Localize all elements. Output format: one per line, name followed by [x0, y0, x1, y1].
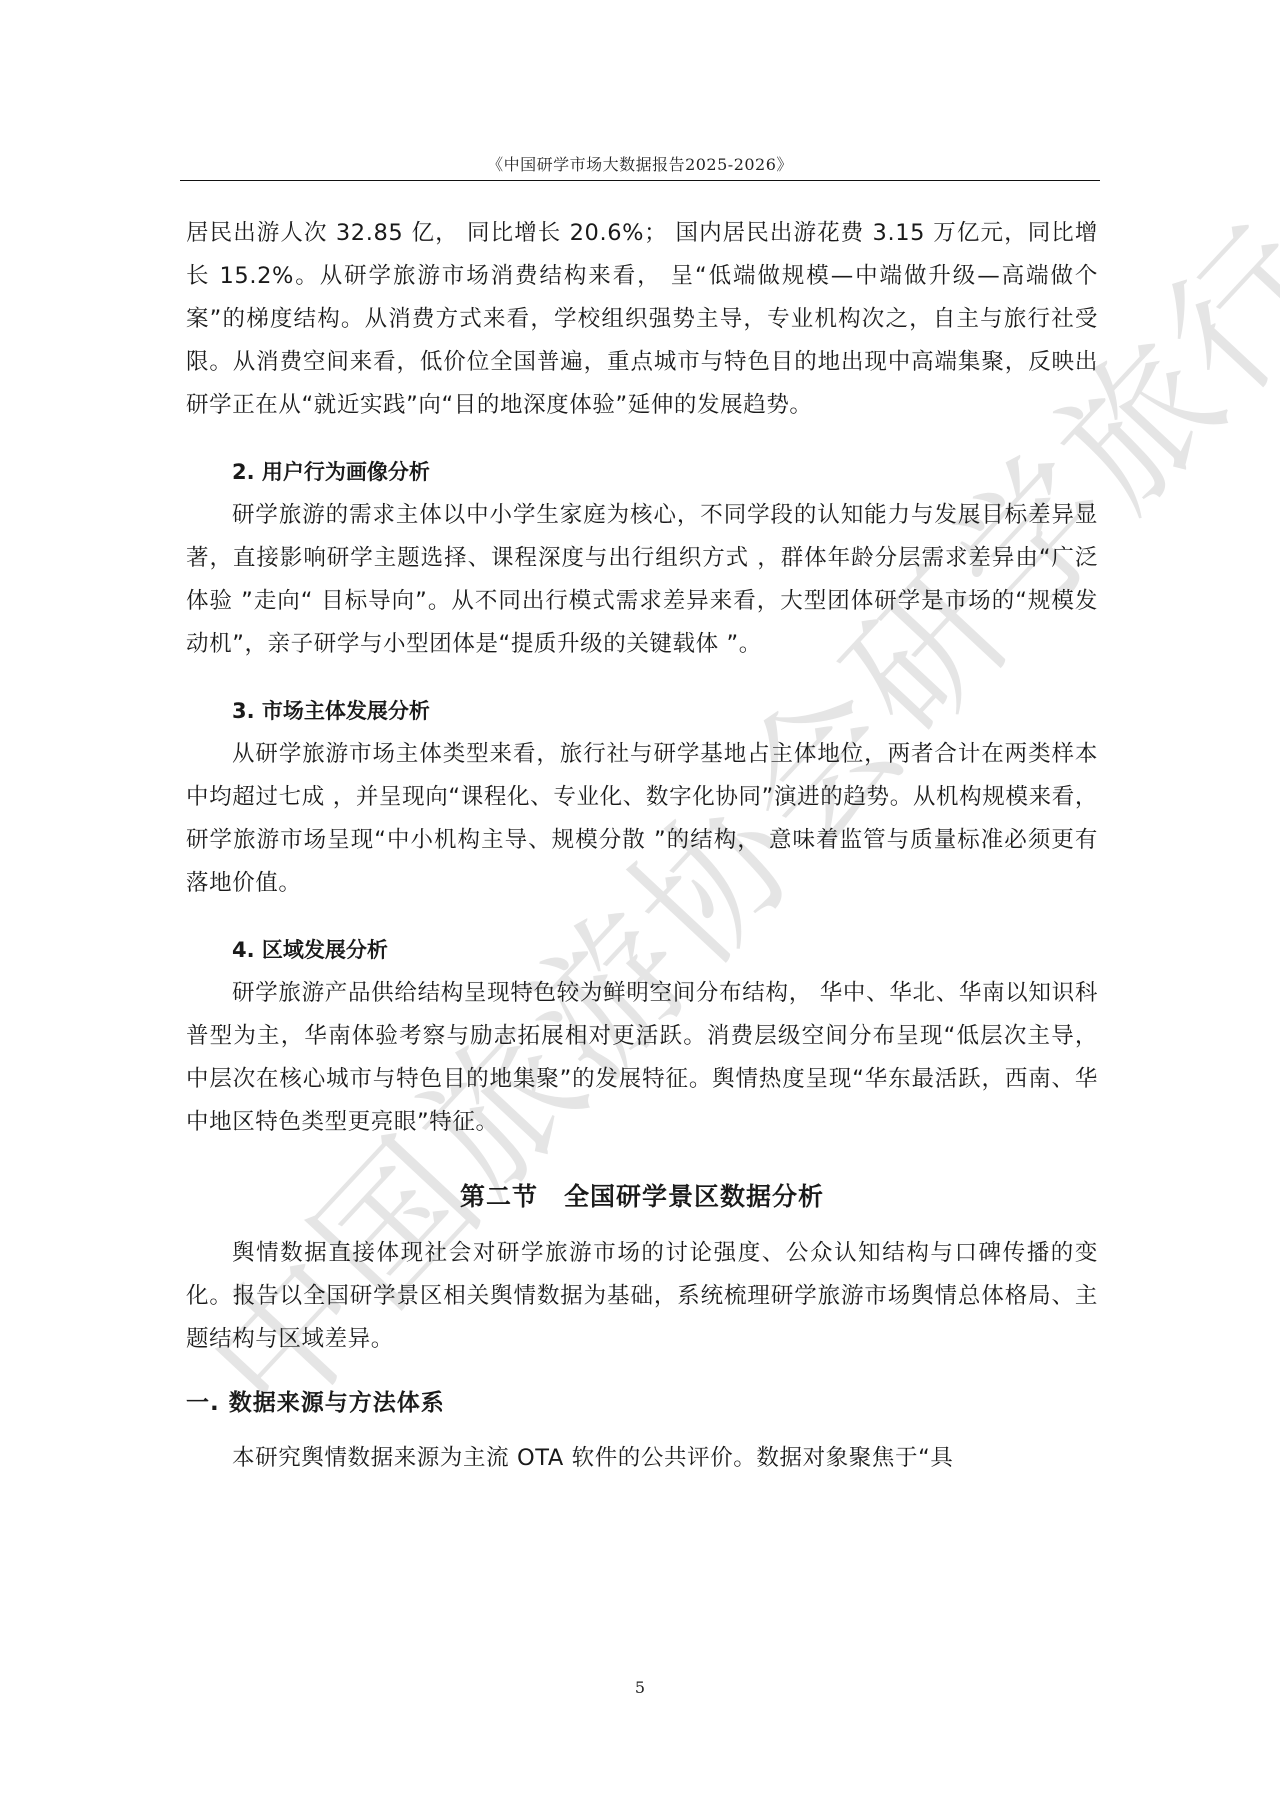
spacer — [186, 1361, 1098, 1381]
paragraph-user-behavior: 研学旅游的需求主体以中小学生家庭为核心，不同学段的认知能力与发展目标差异显著，直… — [186, 494, 1098, 666]
spacer — [186, 666, 1098, 690]
subsection-heading-regional: 4. 区域发展分析 — [186, 929, 1098, 972]
spacer — [186, 1144, 1098, 1174]
spacer — [186, 905, 1098, 929]
paragraph-continued: 居民出游人次 32.85 亿， 同比增长 20.6%； 国内居民出游花费 3.1… — [186, 212, 1098, 427]
paragraph-data-sources: 本研究舆情数据来源为主流 OTA 软件的公共评价。数据对象聚焦于“具 — [186, 1437, 1098, 1480]
paragraph-market-entities: 从研学旅游市场主体类型来看，旅行社与研学基地占主体地位，两者合计在两类样本中均超… — [186, 733, 1098, 905]
spacer — [186, 1425, 1098, 1437]
subsection-heading-market-entities: 3. 市场主体发展分析 — [186, 690, 1098, 733]
heading-data-sources: 一. 数据来源与方法体系 — [186, 1381, 1098, 1425]
spacer — [186, 1220, 1098, 1232]
document-page: 中国旅游协会研学旅行分会 《中国研学市场大数据报告2025-2026》 居民出游… — [0, 0, 1280, 1809]
page-content: 居民出游人次 32.85 亿， 同比增长 20.6%； 国内居民出游花费 3.1… — [186, 212, 1098, 1480]
section-intro-paragraph: 舆情数据直接体现社会对研学旅游市场的讨论强度、公众认知结构与口碑传播的变化。报告… — [186, 1232, 1098, 1361]
subsection-heading-user-behavior: 2. 用户行为画像分析 — [186, 451, 1098, 494]
page-number: 5 — [0, 1678, 1280, 1697]
paragraph-regional: 研学旅游产品供给结构呈现特色较为鲜明空间分布结构， 华中、华北、华南以知识科普型… — [186, 972, 1098, 1144]
section-title: 第二节 全国研学景区数据分析 — [186, 1174, 1098, 1220]
spacer — [186, 427, 1098, 451]
header-rule — [180, 180, 1100, 181]
running-header: 《中国研学市场大数据报告2025-2026》 — [180, 152, 1100, 175]
